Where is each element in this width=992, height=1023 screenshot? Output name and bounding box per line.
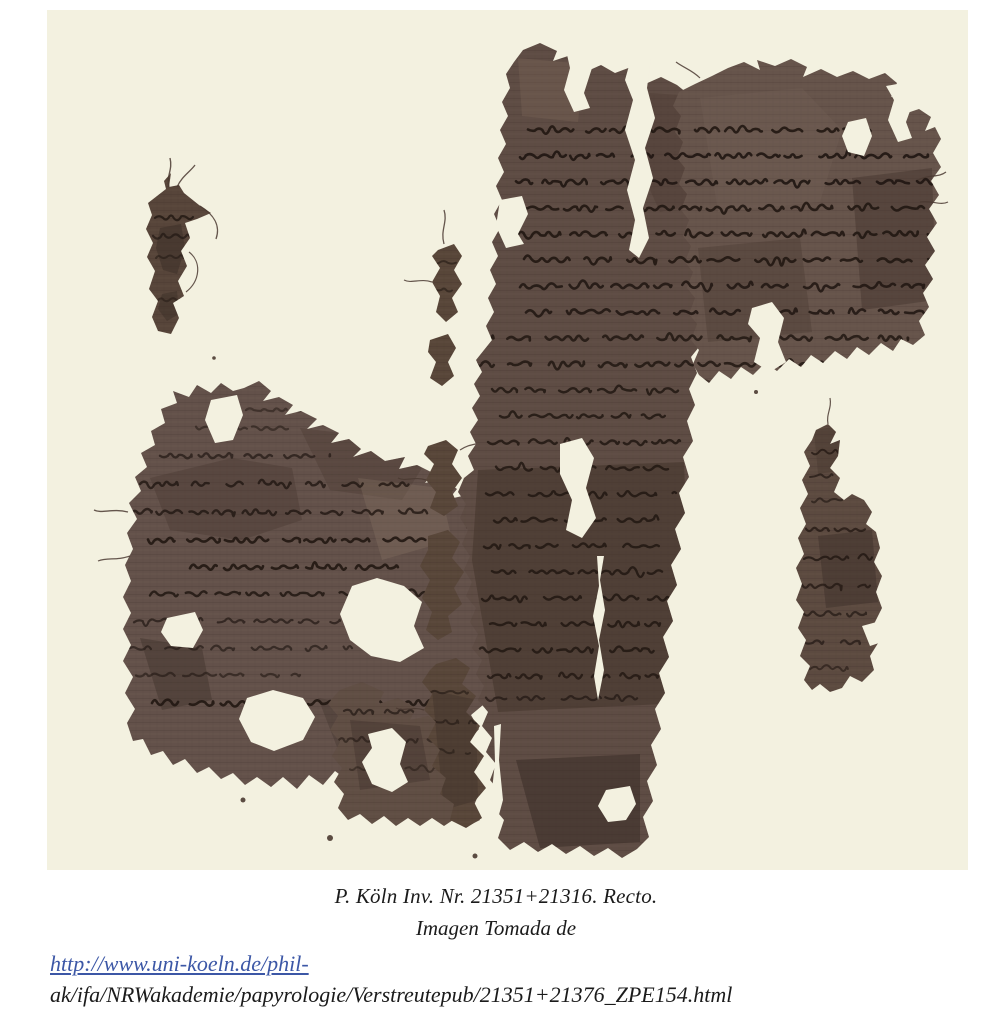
papyrus-speck [754,390,758,394]
figure-caption: P. Köln Inv. Nr. 21351+21316. Recto. Ima… [0,884,992,1008]
papyrus-photo [0,0,992,880]
papyrus-speck [327,835,333,841]
source-link-continuation: ak/ifa/NRWakademie/papyrologie/Verstreut… [0,982,992,1008]
papyrus-speck [212,356,216,360]
figure-caption-title: P. Köln Inv. Nr. 21351+21316. Recto. [0,884,992,909]
papyrus-speck [241,798,246,803]
figure-caption-source-label: Imagen Tomada de [0,916,992,941]
source-link[interactable]: http://www.uni-koeln.de/phil- [50,951,309,976]
papyrus-speck [473,854,478,859]
document-page: P. Köln Inv. Nr. 21351+21316. Recto. Ima… [0,0,992,1023]
